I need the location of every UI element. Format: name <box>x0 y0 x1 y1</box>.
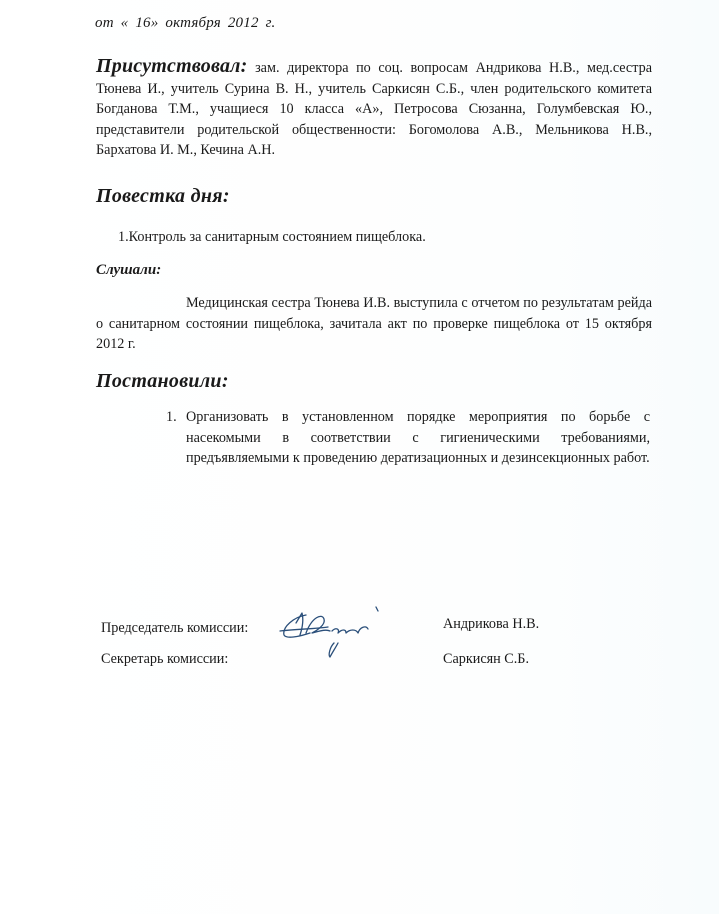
secretary-label: Секретарь комиссии: <box>101 651 228 668</box>
decision-item: 1. Организовать в установленном порядке … <box>166 407 650 469</box>
chairman-name: Андрикова Н.В. <box>443 616 539 633</box>
agenda-item: 1.Контроль за санитарным состоянием пище… <box>118 229 426 246</box>
attendees-paragraph: Присутствовал: зам. директора по соц. во… <box>96 56 652 161</box>
heard-heading: Слушали: <box>96 262 161 279</box>
handwritten-signature-icon <box>276 603 396 663</box>
decision-text: Организовать в установленном порядке мер… <box>186 407 650 469</box>
decision-number: 1. <box>166 407 186 469</box>
agenda-heading: Повестка дня: <box>96 185 230 208</box>
document-date: от « 16» октября 2012 г. <box>95 15 275 32</box>
attendees-label: Присутствовал: <box>96 55 247 77</box>
secretary-name: Саркисян С.Б. <box>443 651 529 668</box>
heard-paragraph: Медицинская сестра Тюнева И.В. выступила… <box>96 293 652 355</box>
decided-heading: Постановили: <box>96 370 229 393</box>
chairman-label: Председатель комиссии: <box>101 620 248 637</box>
scanned-document-page: от « 16» октября 2012 г. Присутствовал: … <box>0 0 719 914</box>
